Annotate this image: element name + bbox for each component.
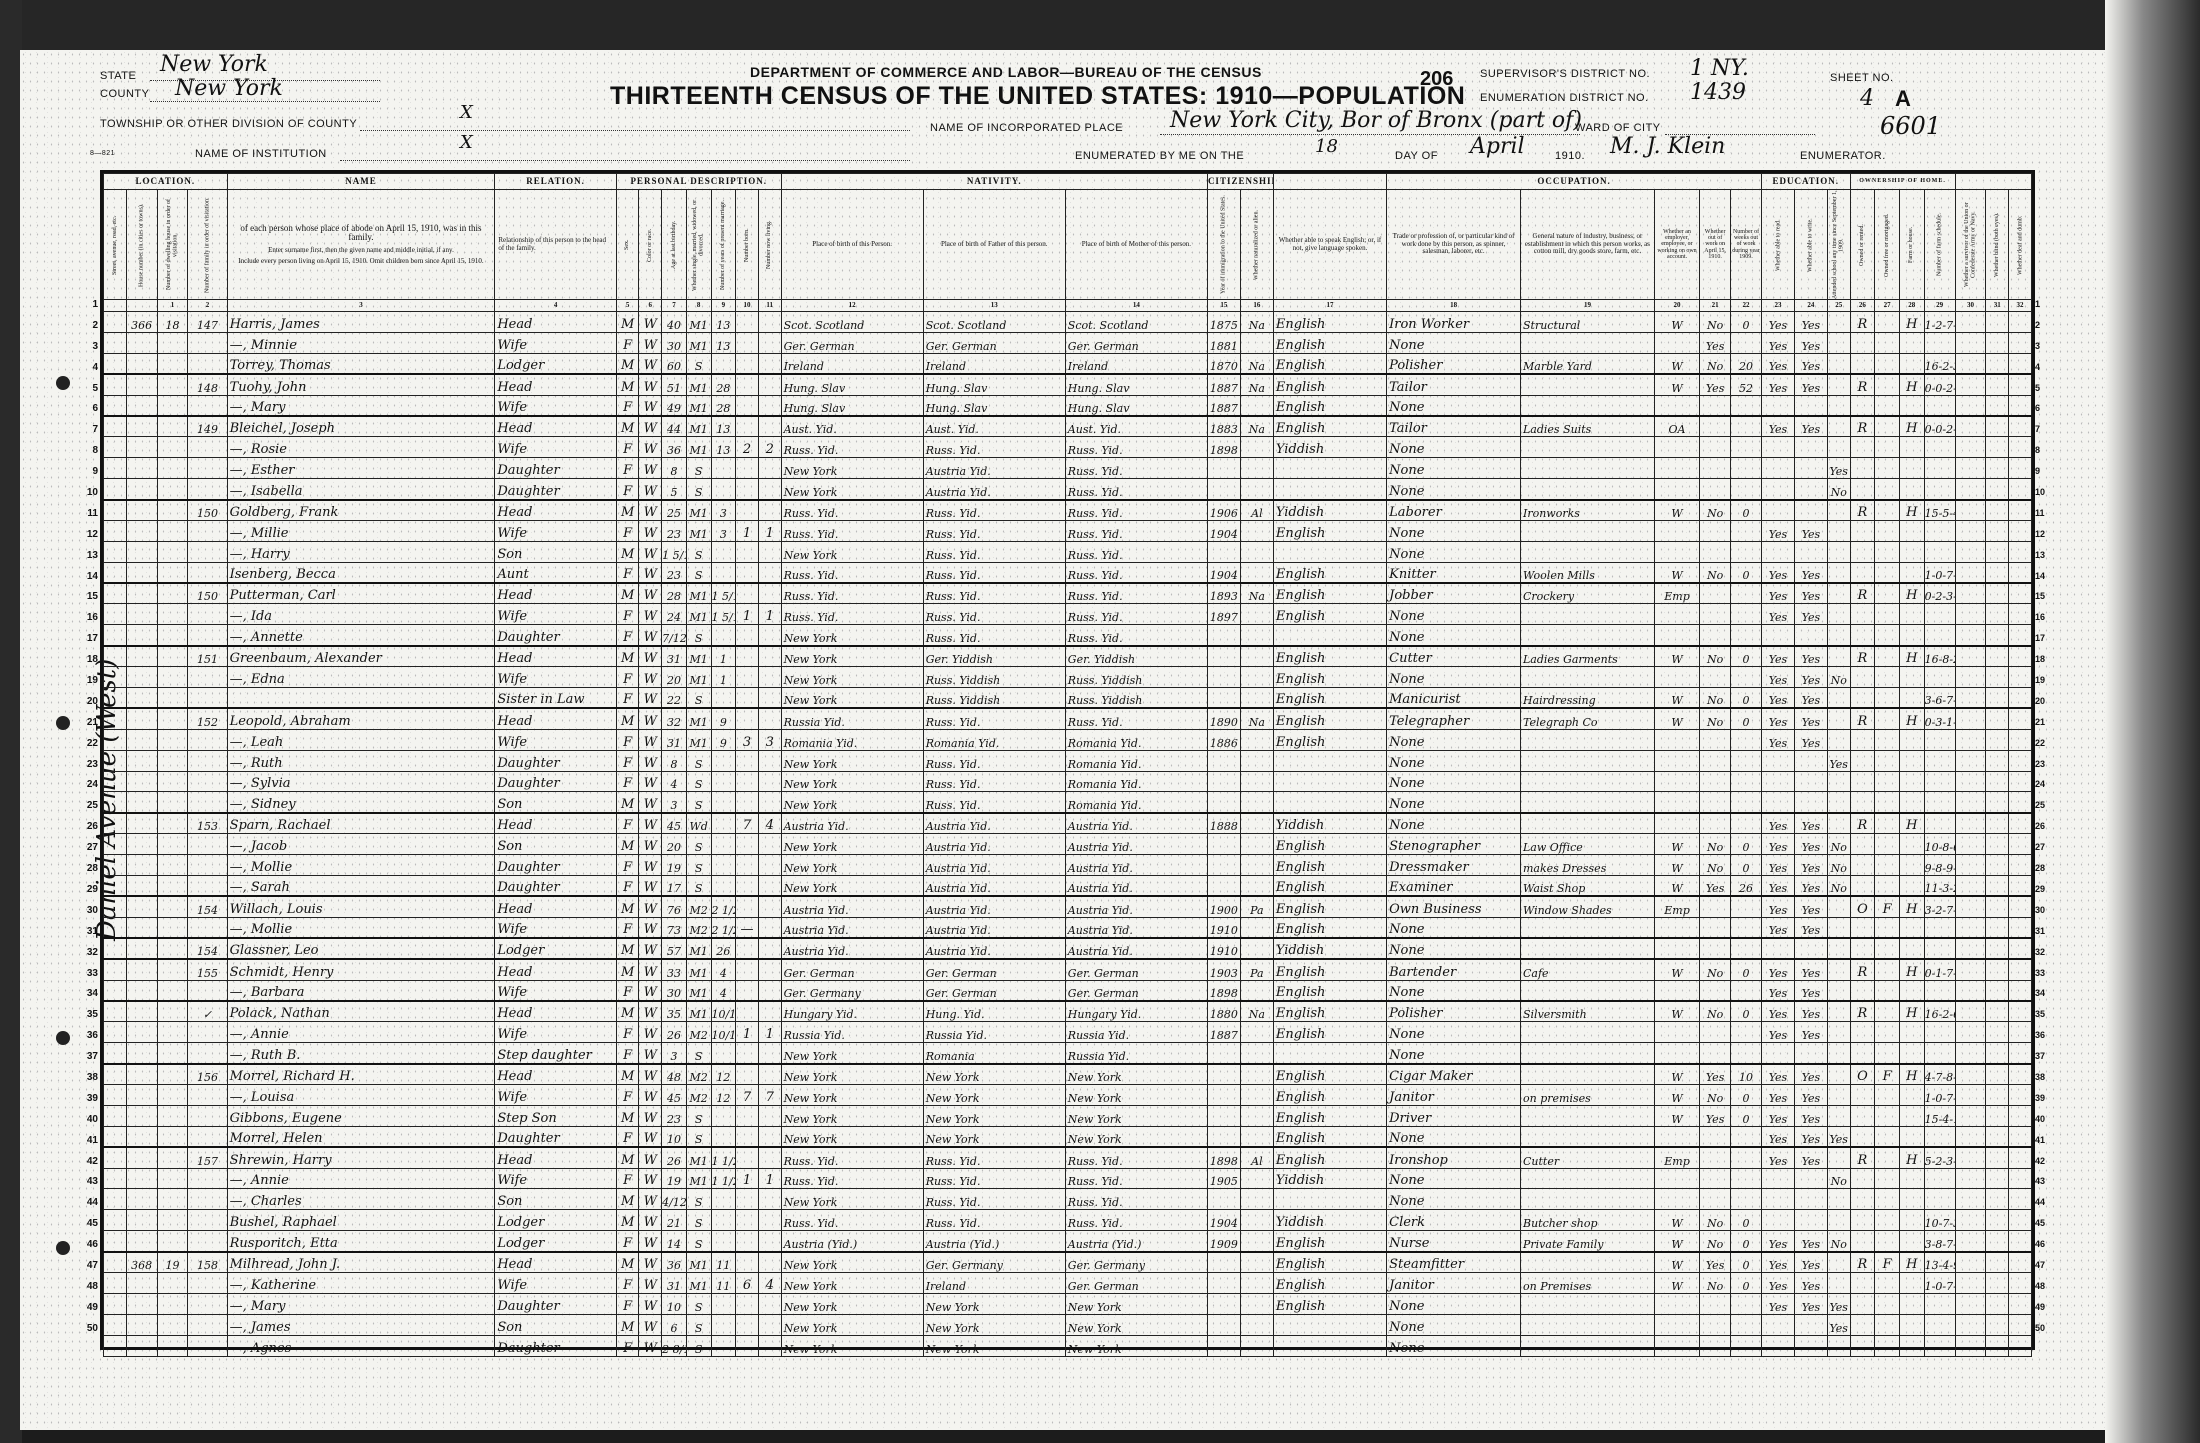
cell-race: W xyxy=(639,437,662,458)
census-table: LOCATION. NAME RELATION. PERSONAL DESCRI… xyxy=(100,170,2035,1350)
cell-relation: Wife xyxy=(495,437,617,458)
cell-weeks xyxy=(1731,604,1762,625)
cell-name: —, Mary xyxy=(227,1293,495,1314)
cell-read xyxy=(1762,1210,1795,1231)
cell-father: Hung. Slav xyxy=(923,395,1065,416)
cell-sched: 1-0-7-1 xyxy=(1924,1272,1955,1293)
cell-lang: English xyxy=(1273,917,1386,938)
cell-emp xyxy=(1654,792,1699,813)
cell-emp xyxy=(1654,667,1699,688)
cell-father: New York xyxy=(923,1314,1065,1335)
cell-name: —, Ruth B. xyxy=(227,1043,495,1064)
cell-living xyxy=(758,332,781,353)
table-row: —, MaryWifeFW49M128Hung. SlavHung. SlavH… xyxy=(104,395,2032,416)
cell-race: W xyxy=(639,374,662,395)
cell-farm: H xyxy=(1899,312,1924,333)
cell-mother: Austria Yid. xyxy=(1065,855,1207,876)
cell-living xyxy=(758,1064,781,1085)
hdr-name-instr1: Enter surname first, then the given name… xyxy=(231,247,492,254)
cell-mort xyxy=(1875,353,1900,374)
cell-age: 45 xyxy=(662,1084,687,1105)
cell-street xyxy=(104,813,127,834)
cell-race: W xyxy=(639,959,662,980)
cell-blind xyxy=(1986,646,2009,667)
cell-house xyxy=(126,395,157,416)
cell-living xyxy=(758,917,781,938)
cell-mort xyxy=(1875,708,1900,729)
line-number: 28 xyxy=(2035,858,2055,879)
line-number: 4 xyxy=(2035,357,2055,378)
cell-deaf xyxy=(2009,583,2032,604)
cell-family xyxy=(188,1022,227,1043)
cell-emp: W xyxy=(1654,1084,1699,1105)
cell-vet xyxy=(1955,604,1986,625)
cell-street xyxy=(104,541,127,562)
cell-birth: Russia Yid. xyxy=(781,1022,923,1043)
cell-blind xyxy=(1986,959,2009,980)
cell-trade: Steamfitter xyxy=(1387,1252,1521,1273)
cell-school: Yes xyxy=(1827,1314,1850,1335)
table-row: —, CharlesSonMW4/12SNew YorkRuss. Yid.Ru… xyxy=(104,1189,2032,1210)
cell-deaf xyxy=(2009,604,2032,625)
cell-deaf xyxy=(2009,374,2032,395)
cell-immig: 1893 xyxy=(1207,583,1240,604)
cell-dwelling xyxy=(157,625,188,646)
cell-living: 2 xyxy=(758,437,781,458)
cell-weeks: 20 xyxy=(1731,353,1762,374)
cell-weeks: 0 xyxy=(1731,1252,1762,1273)
cell-own: R xyxy=(1850,646,1875,667)
hdr-school: Attended school any time since September… xyxy=(1827,190,1850,300)
cell-write: Yes xyxy=(1794,1001,1827,1022)
cell-race: W xyxy=(639,813,662,834)
cell-sched: 0-0-2-2 xyxy=(1924,416,1955,437)
cell-mother: Russ. Yid. xyxy=(1065,1189,1207,1210)
column-number: 8 xyxy=(686,300,711,312)
cell-industry: Ladies Garments xyxy=(1521,646,1655,667)
cell-weeks xyxy=(1731,980,1762,1001)
cell-marital: M1 xyxy=(686,959,711,980)
cell-write xyxy=(1794,771,1827,792)
cell-own xyxy=(1850,917,1875,938)
cell-race: W xyxy=(639,1126,662,1147)
cell-mother: Hung. Slav xyxy=(1065,374,1207,395)
cell-lang: English xyxy=(1273,353,1386,374)
cell-father: New York xyxy=(923,1105,1065,1126)
cell-father: Ireland xyxy=(923,353,1065,374)
cell-marital: S xyxy=(686,1314,711,1335)
cell-industry: Private Family xyxy=(1521,1231,1655,1252)
cell-own xyxy=(1850,855,1875,876)
table-row: 156Morrel, Richard H.HeadMW48M212New Yor… xyxy=(104,1064,2032,1085)
cell-born: 1 xyxy=(736,1022,759,1043)
cell-nat: Na xyxy=(1240,583,1273,604)
cell-house xyxy=(126,896,157,917)
cell-sex: M xyxy=(616,541,639,562)
cell-farm xyxy=(1899,729,1924,750)
cell-mort xyxy=(1875,395,1900,416)
cell-farm xyxy=(1899,667,1924,688)
cell-farm xyxy=(1899,1168,1924,1189)
table-row: —, BarbaraWifeFW30M14Ger. GermanyGer. Ge… xyxy=(104,980,2032,1001)
cell-read: Yes xyxy=(1762,708,1795,729)
cell-house xyxy=(126,938,157,959)
cell-street xyxy=(104,332,127,353)
cell-nat xyxy=(1240,917,1273,938)
cell-vet xyxy=(1955,1084,1986,1105)
township-label: Township or other division of county xyxy=(100,118,357,130)
cell-mort xyxy=(1875,980,1900,1001)
cell-marital: S xyxy=(686,458,711,479)
cell-house xyxy=(126,437,157,458)
cell-father: Hung. Slav xyxy=(923,374,1065,395)
cell-farm xyxy=(1899,771,1924,792)
cell-trade: Polisher xyxy=(1387,353,1521,374)
cell-name: —, Jacob xyxy=(227,834,495,855)
cell-out xyxy=(1700,1022,1731,1043)
cell-sex: M xyxy=(616,708,639,729)
cell-father: Ireland xyxy=(923,1272,1065,1293)
table-row: —, AnnieWifeFW26M210/1211Russia Yid.Russ… xyxy=(104,1022,2032,1043)
cell-born xyxy=(736,353,759,374)
cell-blind xyxy=(1986,312,2009,333)
cell-born: 7 xyxy=(736,1084,759,1105)
cell-immig xyxy=(1207,458,1240,479)
cell-mort xyxy=(1875,500,1900,521)
cell-industry: Hairdressing xyxy=(1521,688,1655,709)
cell-industry: Butcher shop xyxy=(1521,1210,1655,1231)
township-value: X xyxy=(460,102,473,123)
enumerated-year: 1910. xyxy=(1555,150,1585,162)
cell-name: Morrel, Richard H. xyxy=(227,1064,495,1085)
cell-name: —, Leah xyxy=(227,729,495,750)
cell-immig: 1890 xyxy=(1207,708,1240,729)
hdr-immigration-year: Year of immigration to the United States… xyxy=(1207,190,1240,300)
cell-farm xyxy=(1899,604,1924,625)
cell-immig: 1897 xyxy=(1207,604,1240,625)
cell-dwelling xyxy=(157,1147,188,1168)
cell-vet xyxy=(1955,896,1986,917)
cell-street xyxy=(104,395,127,416)
cell-years-married: 12 xyxy=(711,1084,736,1105)
cell-sex: F xyxy=(616,1293,639,1314)
cell-age: 23 xyxy=(662,562,687,583)
cell-marital: M1 xyxy=(686,583,711,604)
cell-born xyxy=(736,750,759,771)
cell-weeks xyxy=(1731,729,1762,750)
cell-out xyxy=(1700,625,1731,646)
line-number: 43 xyxy=(2035,1171,2055,1192)
cell-dwelling xyxy=(157,500,188,521)
cell-family xyxy=(188,1084,227,1105)
cell-industry: Ladies Suits xyxy=(1521,416,1655,437)
table-row: Morrel, HelenDaughterFW10SNew YorkNew Yo… xyxy=(104,1126,2032,1147)
cell-birth: Russia Yid. xyxy=(781,708,923,729)
cell-deaf xyxy=(2009,1252,2032,1273)
cell-weeks: 0 xyxy=(1731,834,1762,855)
cell-race: W xyxy=(639,1001,662,1022)
cell-race: W xyxy=(639,1272,662,1293)
cell-sex: M xyxy=(616,1064,639,1085)
cell-farm xyxy=(1899,1272,1924,1293)
cell-immig: 1898 xyxy=(1207,1147,1240,1168)
scan-top-border xyxy=(0,0,2200,52)
cell-family xyxy=(188,855,227,876)
cell-trade: None xyxy=(1387,1022,1521,1043)
cell-relation: Wife xyxy=(495,1022,617,1043)
cell-weeks: 52 xyxy=(1731,374,1762,395)
cell-relation: Wife xyxy=(495,604,617,625)
cell-sex: M xyxy=(616,646,639,667)
cell-race: W xyxy=(639,541,662,562)
cell-dwelling: 18 xyxy=(157,312,188,333)
line-number: 45 xyxy=(70,1213,98,1234)
column-number: 26 xyxy=(1850,300,1875,312)
cell-race: W xyxy=(639,1314,662,1335)
cell-nat xyxy=(1240,604,1273,625)
line-number: 34 xyxy=(70,983,98,1004)
cell-blind xyxy=(1986,813,2009,834)
cell-house xyxy=(126,1189,157,1210)
cell-farm xyxy=(1899,520,1924,541)
cell-house xyxy=(126,646,157,667)
cell-father: Russ. Yiddish xyxy=(923,667,1065,688)
cell-sched: 10-8-6-1 xyxy=(1924,834,1955,855)
cell-weeks: 0 xyxy=(1731,959,1762,980)
cell-name: Tuohy, John xyxy=(227,374,495,395)
cell-school xyxy=(1827,1022,1850,1043)
cell-sex: M xyxy=(616,500,639,521)
cell-born: 7 xyxy=(736,813,759,834)
line-number: 36 xyxy=(70,1025,98,1046)
cell-sex: M xyxy=(616,312,639,333)
line-number: 46 xyxy=(2035,1234,2055,1255)
cell-farm: H xyxy=(1899,1252,1924,1273)
cell-mother: Ger. German xyxy=(1065,332,1207,353)
cell-relation: Wife xyxy=(495,729,617,750)
cell-mort xyxy=(1875,959,1900,980)
cell-deaf xyxy=(2009,896,2032,917)
cell-name: —, Harry xyxy=(227,541,495,562)
cell-born xyxy=(736,708,759,729)
cell-blind xyxy=(1986,1147,2009,1168)
cell-industry: Waist Shop xyxy=(1521,876,1655,897)
cell-sex: F xyxy=(616,332,639,353)
cell-living xyxy=(758,1105,781,1126)
cell-own xyxy=(1850,395,1875,416)
cell-sched xyxy=(1924,1189,1955,1210)
cell-vet xyxy=(1955,332,1986,353)
cell-years-married xyxy=(711,1105,736,1126)
cell-vet xyxy=(1955,1043,1986,1064)
cell-father: Russ. Yid. xyxy=(923,541,1065,562)
cell-nat xyxy=(1240,437,1273,458)
table-row: Sister in LawFW22SNew YorkRuss. YiddishR… xyxy=(104,688,2032,709)
ward-label: Ward of city xyxy=(1575,122,1661,134)
cell-dwelling xyxy=(157,876,188,897)
cell-name: Bushel, Raphael xyxy=(227,1210,495,1231)
cell-mother: Romania Yid. xyxy=(1065,729,1207,750)
cell-weeks xyxy=(1731,479,1762,500)
cell-lang xyxy=(1273,1335,1386,1356)
cell-own xyxy=(1850,834,1875,855)
cell-living xyxy=(758,688,781,709)
cell-years-married xyxy=(711,562,736,583)
cell-vet xyxy=(1955,520,1986,541)
cell-race: W xyxy=(639,1335,662,1356)
cell-marital: S xyxy=(686,1105,711,1126)
cell-industry: on Premises xyxy=(1521,1272,1655,1293)
cell-sched xyxy=(1924,771,1955,792)
line-number: 44 xyxy=(2035,1192,2055,1213)
cell-vet xyxy=(1955,625,1986,646)
cell-dwelling xyxy=(157,708,188,729)
table-row: —, EstherDaughterFW8SNew YorkAustria Yid… xyxy=(104,458,2032,479)
line-number: 29 xyxy=(70,879,98,900)
cell-relation: Son xyxy=(495,834,617,855)
cell-born xyxy=(736,1064,759,1085)
cell-school xyxy=(1827,374,1850,395)
cell-relation: Son xyxy=(495,1189,617,1210)
cell-mort xyxy=(1875,813,1900,834)
cell-lang xyxy=(1273,1043,1386,1064)
cell-weeks xyxy=(1731,458,1762,479)
cell-family xyxy=(188,353,227,374)
cell-write: Yes xyxy=(1794,604,1827,625)
cell-birth: Ger. Germany xyxy=(781,980,923,1001)
cell-mort xyxy=(1875,1210,1900,1231)
cell-vet xyxy=(1955,1064,1986,1085)
cell-write xyxy=(1794,1189,1827,1210)
incorporated-place-label: Name of incorporated place xyxy=(930,122,1123,134)
cell-lang: English xyxy=(1273,332,1386,353)
cell-birth: New York xyxy=(781,771,923,792)
cell-sched: 3-2-7-1 xyxy=(1924,896,1955,917)
cell-relation: Daughter xyxy=(495,1293,617,1314)
cell-weeks xyxy=(1731,437,1762,458)
column-number: 15 xyxy=(1207,300,1240,312)
cell-own: R xyxy=(1850,583,1875,604)
cell-immig: 1910 xyxy=(1207,938,1240,959)
cell-race: W xyxy=(639,312,662,333)
day-of-label: day of xyxy=(1395,150,1438,162)
cell-lang: English xyxy=(1273,583,1386,604)
cell-dwelling xyxy=(157,1126,188,1147)
cell-marital: Wd xyxy=(686,813,711,834)
cell-trade: Bartender xyxy=(1387,959,1521,980)
line-number: 5 xyxy=(2035,378,2055,399)
cell-read xyxy=(1762,771,1795,792)
column-number: 29 xyxy=(1924,300,1955,312)
cell-birth: New York xyxy=(781,834,923,855)
cell-immig xyxy=(1207,1293,1240,1314)
county-line xyxy=(150,101,380,102)
cell-dwelling xyxy=(157,917,188,938)
cell-out xyxy=(1700,813,1731,834)
cell-born xyxy=(736,688,759,709)
cell-mort xyxy=(1875,1293,1900,1314)
cell-race: W xyxy=(639,1168,662,1189)
enumerated-day: 18 xyxy=(1315,136,1338,157)
cell-own xyxy=(1850,876,1875,897)
cell-lang: English xyxy=(1273,1147,1386,1168)
cell-out: Yes xyxy=(1700,374,1731,395)
cell-age: 36 xyxy=(662,1252,687,1273)
cell-emp xyxy=(1654,750,1699,771)
cell-years-married: 12 xyxy=(711,1064,736,1085)
cell-relation: Daughter xyxy=(495,1126,617,1147)
cell-immig xyxy=(1207,876,1240,897)
line-number: 23 xyxy=(2035,754,2055,775)
cell-farm xyxy=(1899,1335,1924,1356)
cell-sched xyxy=(1924,792,1955,813)
cell-mort xyxy=(1875,771,1900,792)
cell-living xyxy=(758,395,781,416)
cell-trade: Ironshop xyxy=(1387,1147,1521,1168)
line-number: 40 xyxy=(70,1109,98,1130)
cell-deaf xyxy=(2009,1105,2032,1126)
cell-industry xyxy=(1521,729,1655,750)
cell-father: New York xyxy=(923,1126,1065,1147)
cell-industry xyxy=(1521,1335,1655,1356)
cell-industry: on premises xyxy=(1521,1084,1655,1105)
cell-emp: Emp xyxy=(1654,583,1699,604)
department-heading: DEPARTMENT OF COMMERCE AND LABOR—BUREAU … xyxy=(750,64,1262,80)
cell-living: 1 xyxy=(758,1022,781,1043)
cell-farm xyxy=(1899,855,1924,876)
cell-marital: M2 xyxy=(686,1084,711,1105)
cell-street xyxy=(104,688,127,709)
cell-family xyxy=(188,1168,227,1189)
cell-street xyxy=(104,1314,127,1335)
line-number: 50 xyxy=(2035,1318,2055,1339)
cell-age: 76 xyxy=(662,896,687,917)
cell-sched xyxy=(1924,1126,1955,1147)
cell-age: 35 xyxy=(662,1001,687,1022)
cell-sex: F xyxy=(616,1168,639,1189)
cell-mort xyxy=(1875,876,1900,897)
cell-deaf xyxy=(2009,1022,2032,1043)
cell-relation: Step daughter xyxy=(495,1043,617,1064)
cell-own: R xyxy=(1850,312,1875,333)
cell-relation: Head xyxy=(495,416,617,437)
cell-age: 10 xyxy=(662,1293,687,1314)
cell-deaf xyxy=(2009,959,2032,980)
cell-dwelling xyxy=(157,541,188,562)
cell-trade: None xyxy=(1387,604,1521,625)
hdr-children-born: Number born. xyxy=(736,190,759,300)
cell-farm: H xyxy=(1899,374,1924,395)
cell-birth: Romania Yid. xyxy=(781,729,923,750)
cell-nat xyxy=(1240,1293,1273,1314)
cell-mother: New York xyxy=(1065,1314,1207,1335)
cell-sex: F xyxy=(616,688,639,709)
cell-vet xyxy=(1955,980,1986,1001)
cell-read: Yes xyxy=(1762,1064,1795,1085)
cell-sex: M xyxy=(616,583,639,604)
cell-mort xyxy=(1875,1147,1900,1168)
cell-industry xyxy=(1521,917,1655,938)
cell-school xyxy=(1827,500,1850,521)
cell-birth: New York xyxy=(781,1126,923,1147)
cell-lang: English xyxy=(1273,1064,1386,1085)
cell-farm: H xyxy=(1899,813,1924,834)
cell-sched xyxy=(1924,1335,1955,1356)
cell-trade: None xyxy=(1387,1189,1521,1210)
cell-race: W xyxy=(639,1064,662,1085)
cell-living xyxy=(758,646,781,667)
cell-sched: 10-7-3-1 xyxy=(1924,1210,1955,1231)
